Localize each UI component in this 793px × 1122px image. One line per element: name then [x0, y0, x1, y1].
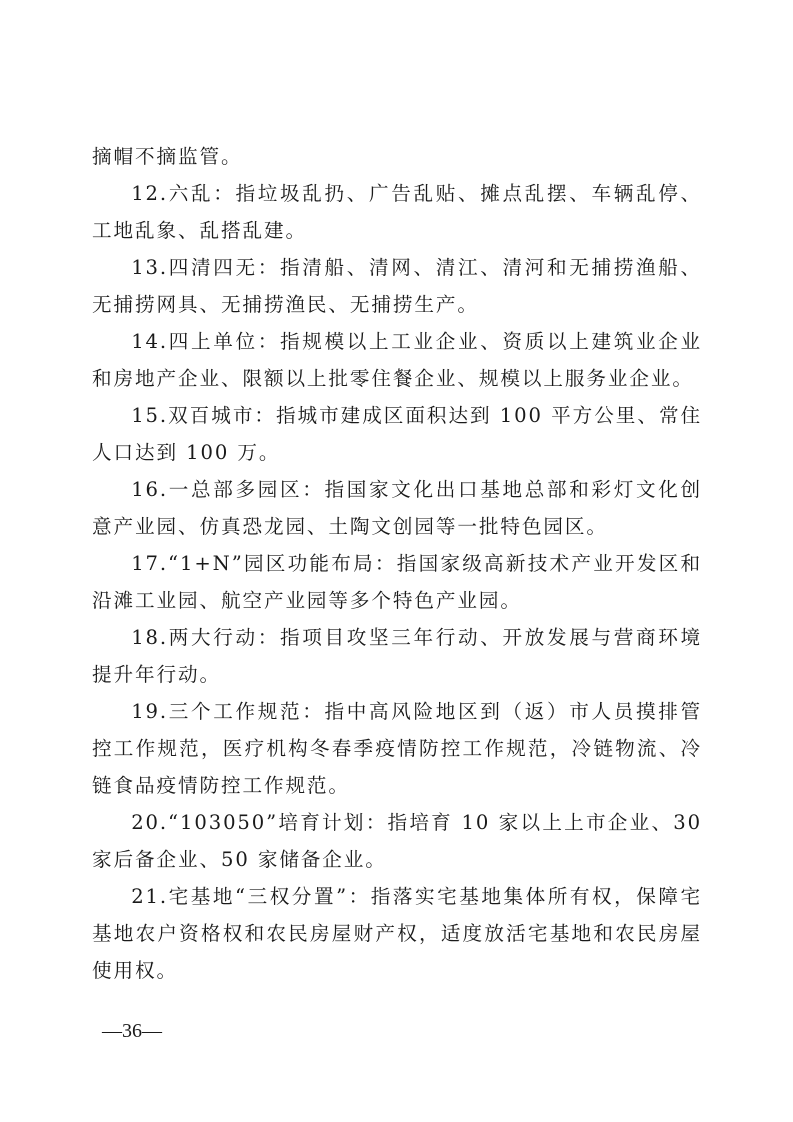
paragraph-item-19: 19.三个工作规范：指中高风险地区到（返）市人员摸排管控工作规范，医疗机构冬春季… — [92, 693, 702, 804]
paragraph-item-14: 14.四上单位：指规模以上工业企业、资质以上建筑业企业和房地产企业、限额以上批零… — [92, 323, 702, 397]
paragraph-item-16: 16.一总部多园区：指国家文化出口基地总部和彩灯文化创意产业园、仿真恐龙园、土陶… — [92, 471, 702, 545]
paragraph-item-20: 20.“103050”培育计划：指培育 10 家以上上市企业、30 家后备企业、… — [92, 804, 702, 878]
paragraph-item-12: 12.六乱：指垃圾乱扔、广告乱贴、摊点乱摆、车辆乱停、工地乱象、乱搭乱建。 — [92, 175, 702, 249]
paragraph-item-15: 15.双百城市：指城市建成区面积达到 100 平方公里、常住人口达到 100 万… — [92, 397, 702, 471]
document-page: 摘帽不摘监管。 12.六乱：指垃圾乱扔、广告乱贴、摊点乱摆、车辆乱停、工地乱象、… — [0, 0, 793, 1122]
paragraph-continuation: 摘帽不摘监管。 — [92, 138, 702, 175]
document-body: 摘帽不摘监管。 12.六乱：指垃圾乱扔、广告乱贴、摊点乱摆、车辆乱停、工地乱象、… — [92, 138, 702, 989]
paragraph-item-18: 18.两大行动：指项目攻坚三年行动、开放发展与营商环境提升年行动。 — [92, 619, 702, 693]
paragraph-item-17: 17.“1+N”园区功能布局：指国家级高新技术产业开发区和沿滩工业园、航空产业园… — [92, 545, 702, 619]
paragraph-item-13: 13.四清四无：指清船、清网、清江、清河和无捕捞渔船、无捕捞网具、无捕捞渔民、无… — [92, 249, 702, 323]
paragraph-item-21: 21.宅基地“三权分置”：指落实宅基地集体所有权，保障宅基地农户资格权和农民房屋… — [92, 878, 702, 989]
page-number: —36— — [102, 1020, 162, 1043]
